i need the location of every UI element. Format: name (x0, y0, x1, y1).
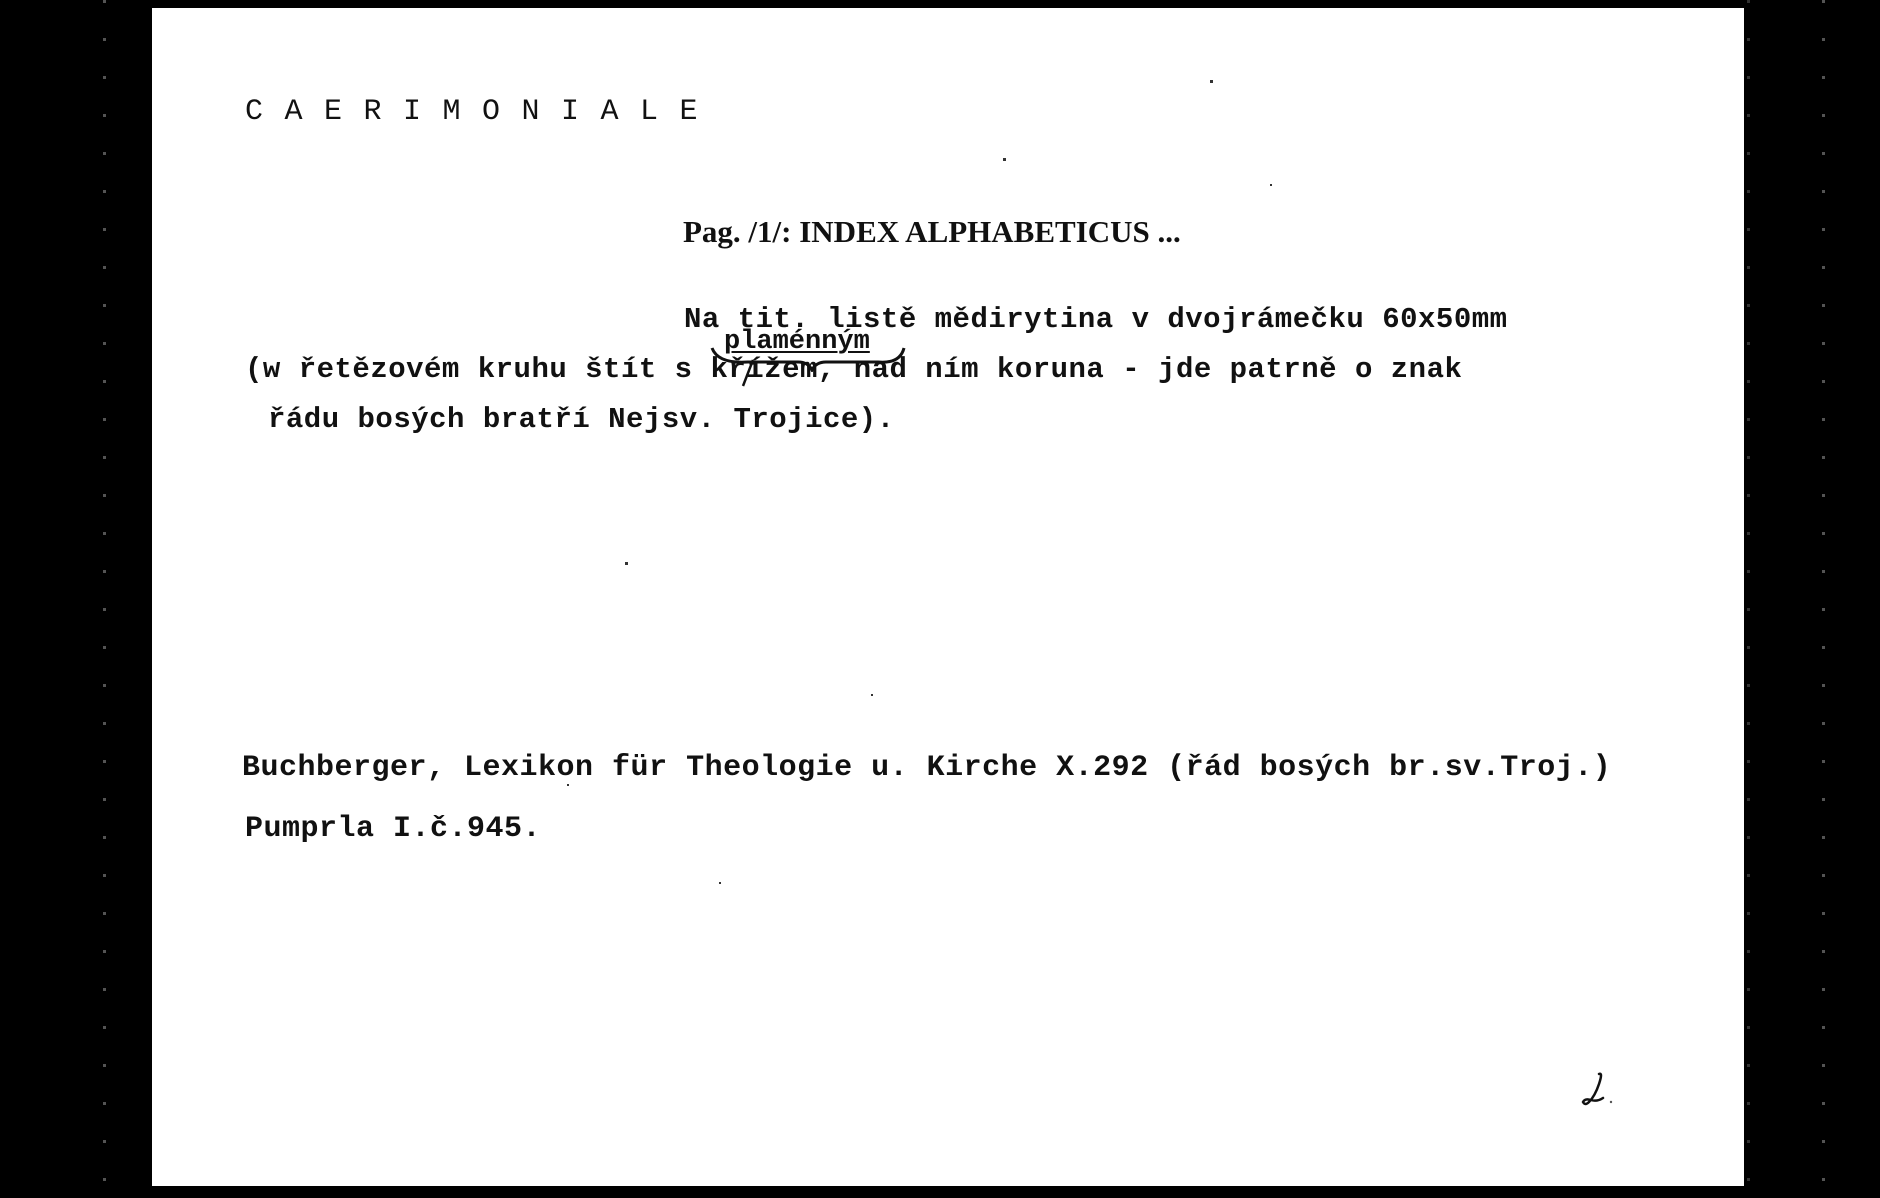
page-reference: Pag. /1/: INDEX ALPHABETICUS ... (683, 216, 1181, 247)
scan-border-right (1822, 0, 1825, 1198)
scan-speck (871, 694, 873, 696)
scan-border-left (103, 0, 106, 1198)
scan-speck (625, 562, 628, 565)
folio-mark-icon (1577, 1070, 1617, 1110)
scan-speck (1210, 80, 1213, 83)
scan-speck (1003, 158, 1006, 161)
scan-border-right-inner (1747, 0, 1750, 1198)
scan-speck (719, 882, 721, 884)
card-heading: CAERIMONIALE (245, 97, 719, 127)
index-card: CAERIMONIALE Pag. /1/: INDEX ALPHABETICU… (152, 8, 1744, 1186)
description-line-3: řádu bosých bratří Nejsv. Trojice). (268, 405, 895, 434)
scan-speck (567, 784, 569, 786)
description-line-2: (w řetězovém kruhu štít s křížem, nad ní… (245, 355, 1462, 384)
reference-buchberger: Buchberger, Lexikon für Theologie u. Kir… (242, 753, 1611, 783)
scan-speck (1270, 184, 1272, 186)
reference-pumprla: Pumprla I.č.945. (245, 814, 541, 844)
